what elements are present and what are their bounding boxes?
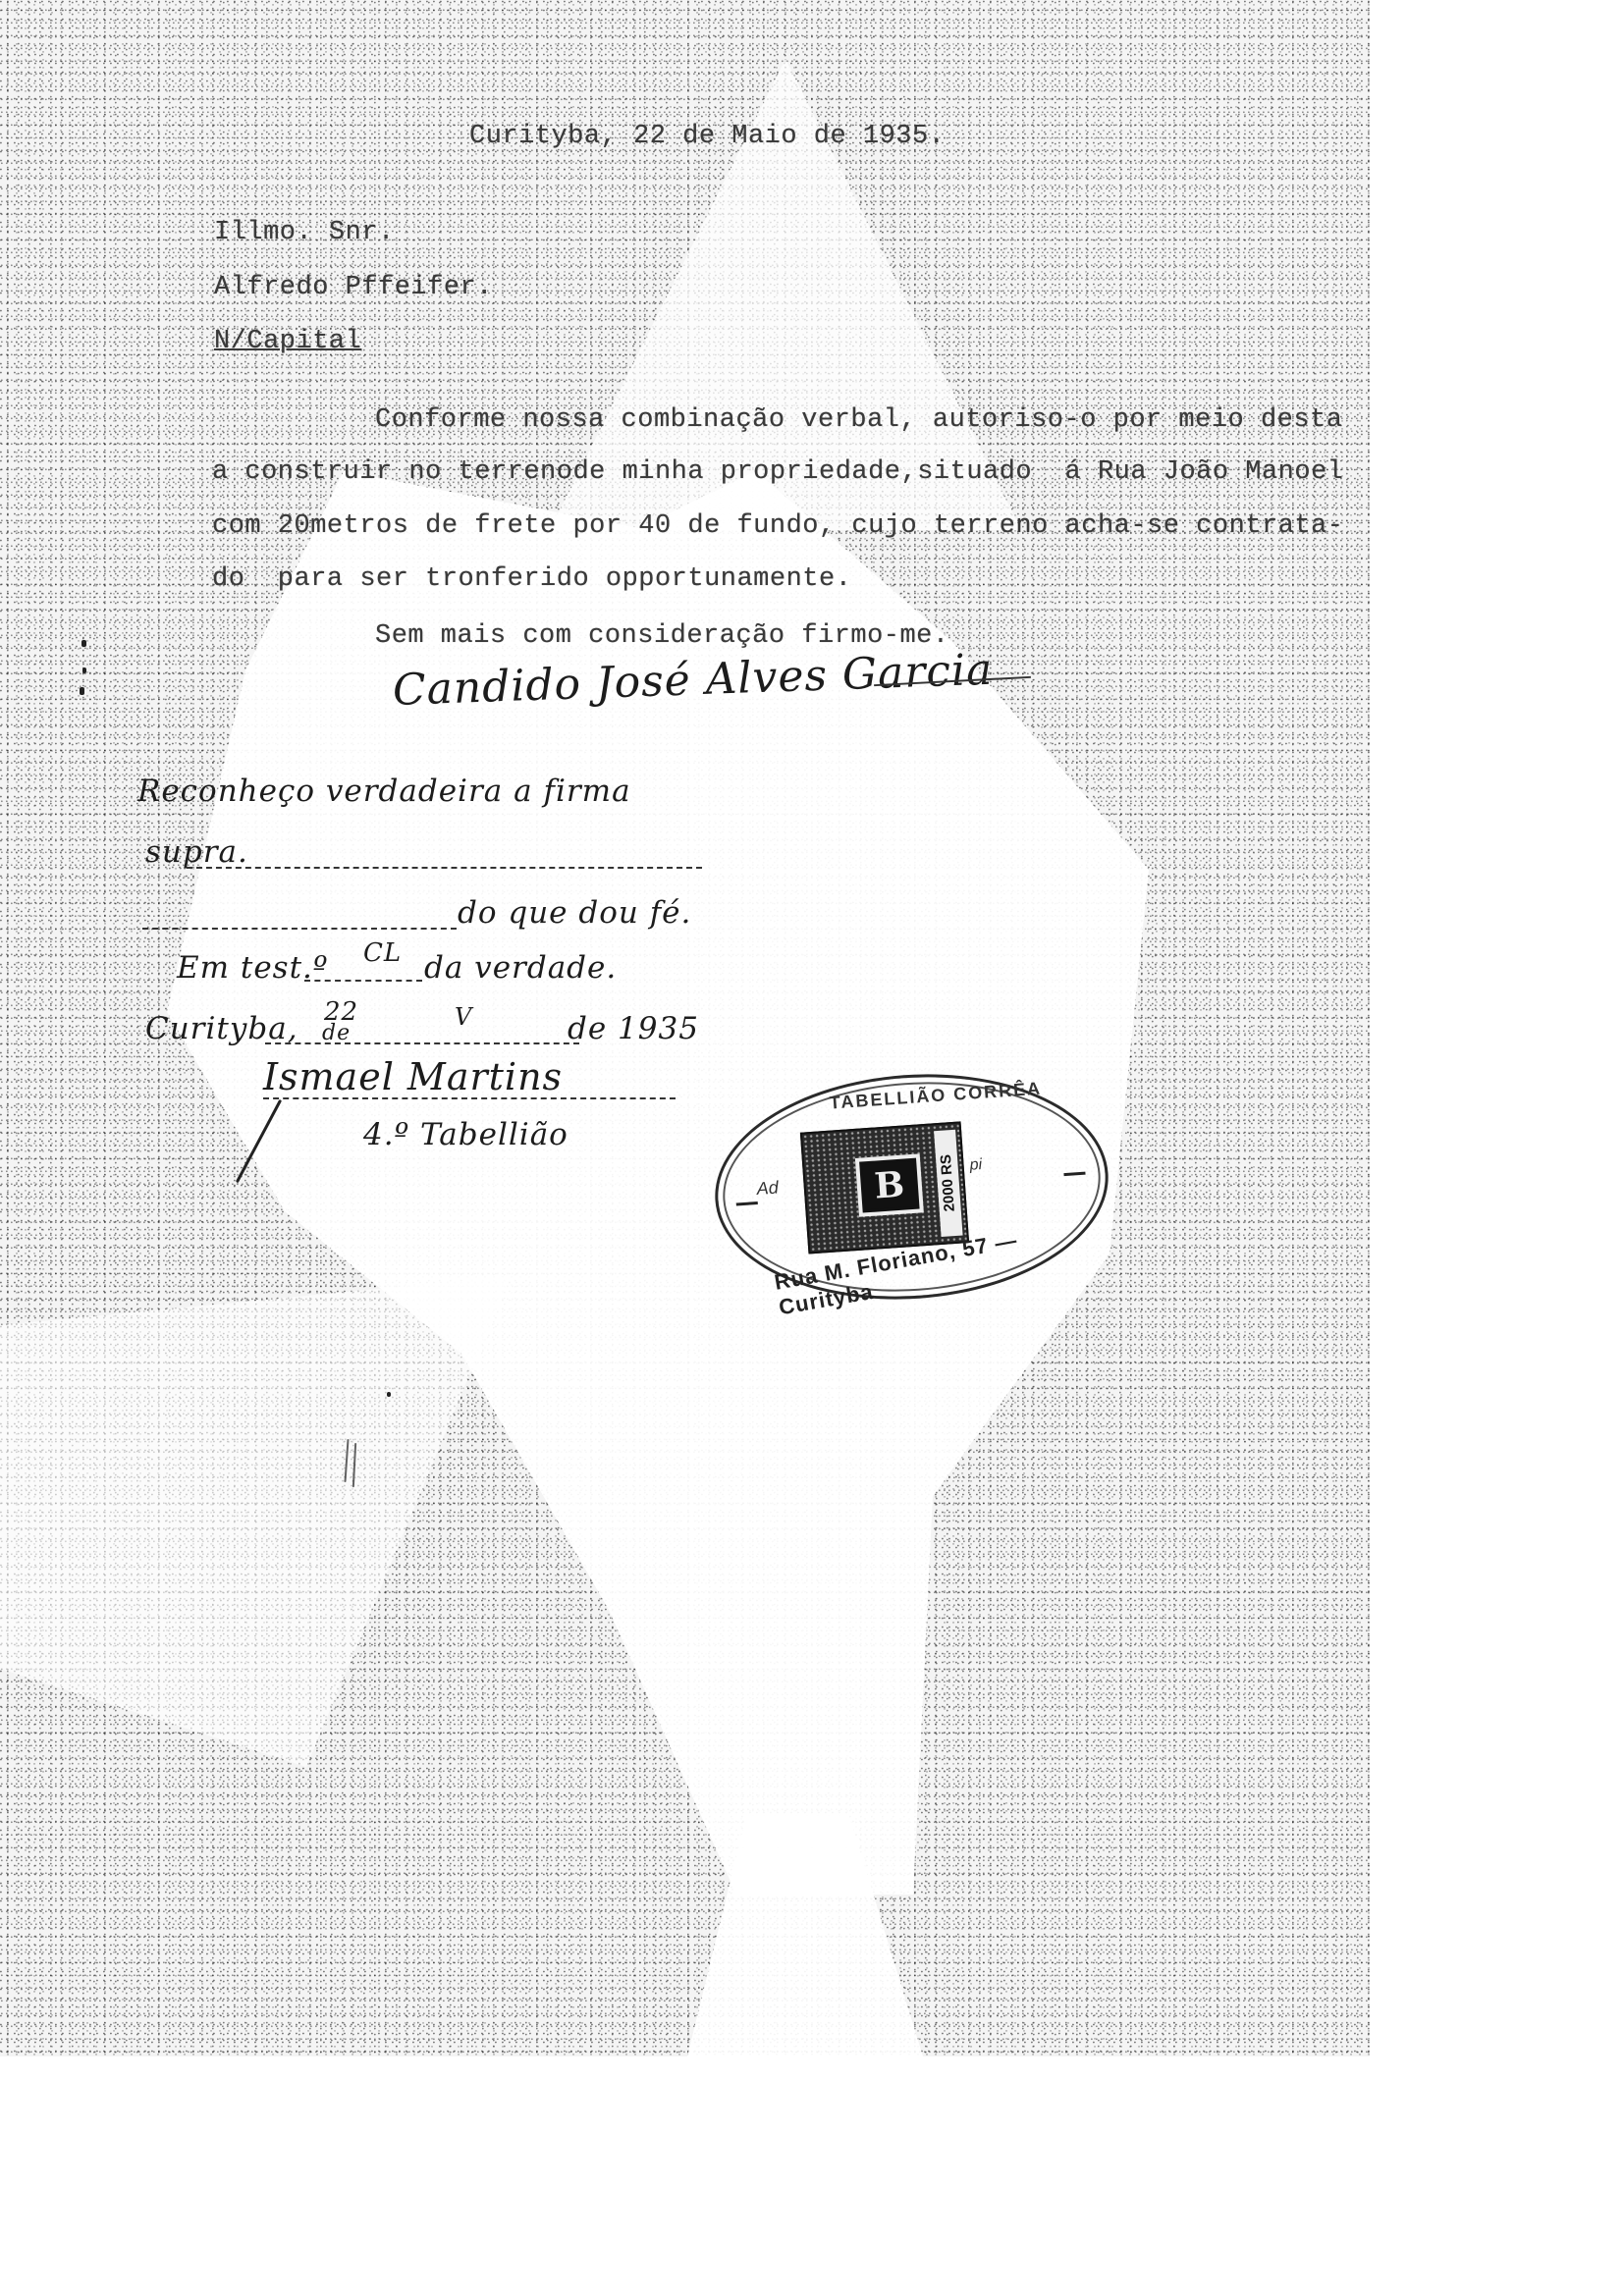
dotted-rule — [304, 980, 422, 982]
revenue-stamp: B 2000 RS — [800, 1121, 969, 1254]
stray-mark — [387, 1392, 391, 1397]
notary-date-year: de 1935 — [568, 1011, 699, 1046]
addressee-name: Alfredo Pffeifer. — [214, 273, 493, 302]
dotted-rule — [187, 867, 702, 869]
stamp-dash — [1063, 1172, 1085, 1177]
notary-signature: Ismael Martins — [263, 1055, 563, 1098]
body-line-4: do para ser tronferido opportunamente. — [212, 564, 851, 594]
notary-title: 4.º Tabellião — [363, 1117, 568, 1152]
salutation: Illmo. Snr. — [214, 218, 395, 247]
scanned-page: Curityba, 22 de Maio de 1935. Illmo. Snr… — [0, 0, 1370, 2056]
stray-mark — [80, 687, 84, 695]
notary-line-2: supra. — [145, 834, 248, 870]
notary-line-1: Reconheço verdadeira a firma — [137, 774, 631, 809]
stray-mark — [81, 640, 86, 647]
notary-line-4-mark: CL — [363, 938, 402, 968]
photocopy-fade — [687, 1816, 982, 2056]
notary-date-de: de — [322, 1021, 351, 1045]
photocopy-fade — [0, 1276, 511, 1767]
pencil-mark — [344, 1439, 349, 1482]
body-line-1: Conforme nossa combinação verbal, autori… — [375, 405, 1342, 435]
body-line-3: com 20metros de frete por 40 de fundo, c… — [212, 511, 1343, 541]
revenue-emblem-icon: B — [855, 1153, 924, 1216]
dotted-rule — [265, 1042, 579, 1044]
pen-stroke — [236, 1099, 282, 1183]
body-line-2: a construir no terrenode minha proprieda… — [212, 457, 1343, 487]
stamp-fragment-right: pi — [969, 1156, 983, 1175]
notary-date-city: Curityba, — [145, 1011, 298, 1046]
dateline: Curityba, 22 de Maio de 1935. — [469, 122, 945, 151]
closing-line: Sem mais com consideração firmo-me. — [375, 621, 949, 651]
pencil-mark — [352, 1443, 356, 1487]
notary-date-month: V — [455, 1003, 472, 1031]
revenue-stamp-value: 2000 RS — [934, 1130, 962, 1237]
notary-stamp: TABELLIÃO CORRÊA Ad pi B 2000 RS Rua M. … — [708, 1061, 1116, 1311]
notary-signature-underline — [263, 1097, 676, 1099]
addressee-location: N/Capital — [214, 327, 361, 356]
stamp-top-text: TABELLIÃO CORRÊA — [829, 1079, 1043, 1114]
dotted-rule — [142, 928, 457, 930]
stamp-dash — [736, 1201, 758, 1206]
stray-mark — [82, 667, 86, 673]
stamp-fragment-left: Ad — [756, 1177, 779, 1199]
notary-line-4-suffix: da verdade. — [424, 950, 617, 986]
sender-signature: Candido José Alves Garcia — [392, 645, 994, 716]
notary-line-3: do que dou fé. — [458, 895, 691, 931]
